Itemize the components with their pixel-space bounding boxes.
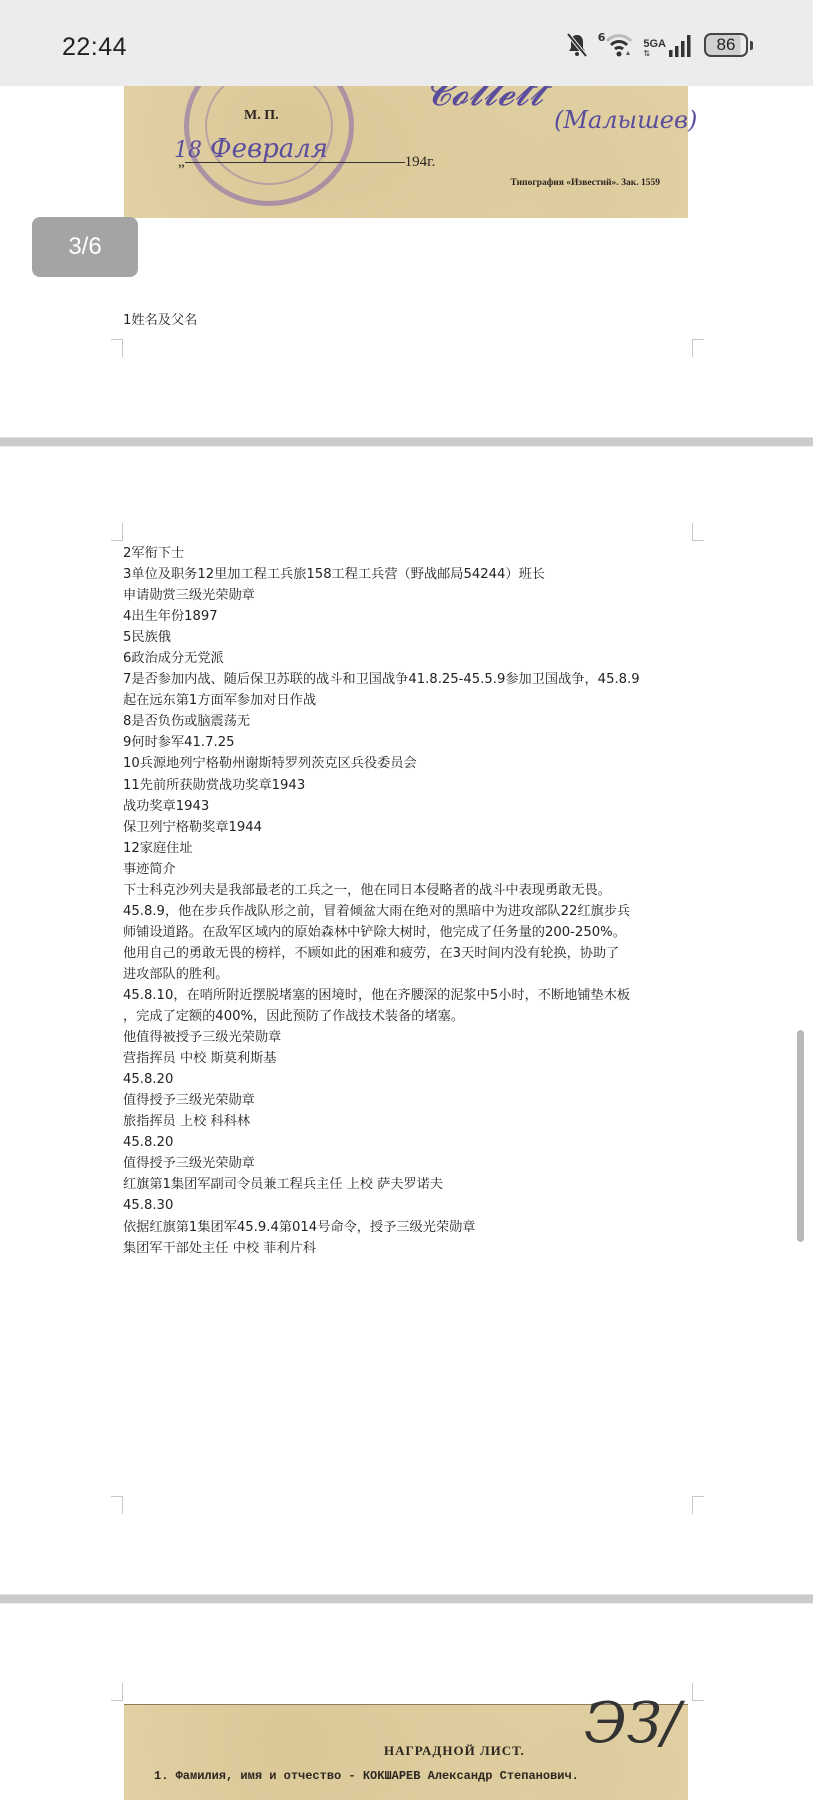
clock: 22:44 <box>62 33 127 62</box>
scan-line: 1. Фамилия, имя и отчество - КОКШАРЕВ Ал… <box>154 1769 579 1783</box>
handwritten-mark: ЭЗ/ <box>584 1691 681 1756</box>
doc-line: 7是否参加内战、随后保卫苏联的战斗和卫国战争41.8.25-45.5.9参加卫国… <box>123 669 703 690</box>
doc-line: 11先前所获勋赏战功奖章1943 <box>123 775 703 796</box>
doc-line: 值得授予三级光荣勋章 <box>123 1153 703 1174</box>
status-bar: 22:44 6 5GA ⇅ <box>0 0 813 86</box>
doc-line: 进攻部队的胜利。 <box>123 964 703 985</box>
wifi-generation-label: 6 <box>598 31 606 44</box>
page-corner-mark <box>692 339 704 357</box>
document-page-text: 2军衔下士 3单位及职务12里加工程工兵旅158工程工兵营（野战邮局54244）… <box>123 543 703 1259</box>
page-break <box>0 437 813 447</box>
doc-line: 红旗第1集团军副司令员兼工程兵主任 上校 萨夫罗诺夫 <box>123 1174 703 1195</box>
doc-line: 旅指挥员 上校 科科林 <box>123 1111 703 1132</box>
battery-level: 86 <box>717 35 736 55</box>
doc-line: 45.8.9，他在步兵作战队形之前，冒着倾盆大雨在绝对的黑暗中为进攻部队22红旗… <box>123 901 703 922</box>
doc-line: 45.8.10，在哨所附近摆脱堵塞的困境时，他在齐腰深的泥浆中5小时，不断地铺垫… <box>123 985 703 1006</box>
doc-line: 营指挥员 中校 斯莫利斯基 <box>123 1048 703 1069</box>
page-corner-mark <box>111 1496 123 1514</box>
page-corner-mark <box>111 1683 123 1701</box>
page-indicator: 3/6 <box>32 217 138 277</box>
doc-line: 2军衔下士 <box>123 543 703 564</box>
doc-line: 8是否负伤或脑震荡无 <box>123 711 703 732</box>
page-corner-mark <box>692 1496 704 1514</box>
battery-icon: 86 <box>704 33 753 57</box>
doc-line: 45.8.20 <box>123 1132 703 1153</box>
scan-heading: НАГРАДНОЙ ЛИСТ. <box>384 1743 525 1759</box>
status-icons: 6 5GA ⇅ 86 <box>566 32 753 58</box>
doc-line: 依据红旗第1集团军45.9.4第014号命令，授予三级光荣勋章 <box>123 1217 703 1238</box>
doc-line: 45.8.30 <box>123 1195 703 1216</box>
scanned-document-image-top: М. П. „194г. 18 Февраля 𝓒𝓸𝓵𝓵𝓮𝓽𝓽 (Малышев… <box>124 86 688 218</box>
doc-line: 45.8.20 <box>123 1069 703 1090</box>
doc-line: 师铺设道路。在敌军区域内的原始森林中铲除大树时，他完成了任务量的200-250%… <box>123 922 703 943</box>
handwritten-day: 18 <box>174 138 202 163</box>
doc-line: 5民族俄 <box>123 627 703 648</box>
page-corner-mark <box>111 339 123 357</box>
doc-line: 他用自己的勇敢无畏的榜样，不顾如此的困难和疲劳，在3天时间内没有轮换，协助了 <box>123 943 703 964</box>
doc-line: 他值得被授予三级光荣勋章 <box>123 1027 703 1048</box>
handwritten-month: Февраля <box>210 134 328 164</box>
scanned-document-image-bottom: НАГРАДНОЙ ЛИСТ. 1. Фамилия, имя и отчест… <box>124 1704 688 1800</box>
doc-line: 9何时参军41.7.25 <box>123 732 703 753</box>
doc-line: 12家庭住址 <box>123 838 703 859</box>
doc-line: 10兵源地列宁格勒州谢斯特罗列茨克区兵役委员会 <box>123 753 703 774</box>
doc-line: 事迹简介 <box>123 859 703 880</box>
bell-muted-icon <box>566 32 588 58</box>
stamp-label: М. П. <box>244 108 279 124</box>
doc-line: 下士科克沙列夫是我部最老的工兵之一，他在同日本侵略者的战斗中表现勇敢无畏。 <box>123 880 703 901</box>
doc-line-name: 1姓名及父名 <box>123 310 197 331</box>
doc-line: 6政治成分无党派 <box>123 648 703 669</box>
doc-line: 申请勋赏三级光荣勋章 <box>123 585 703 606</box>
doc-line: 起在远东第1方面军参加对日作战 <box>123 690 703 711</box>
scrollbar-thumb[interactable] <box>797 1030 804 1242</box>
printer-note: Типография «Известий». Зак. 1559 <box>511 178 660 188</box>
page-corner-mark <box>692 523 704 541</box>
doc-line: 4出生年份1897 <box>123 606 703 627</box>
signature-name: (Малышев) <box>554 106 697 134</box>
page-break <box>0 1594 813 1604</box>
page-corner-mark <box>111 523 123 541</box>
cellular-signal-icon: 5GA ⇅ <box>643 32 694 58</box>
page-corner-mark <box>692 1683 704 1701</box>
doc-line: 集团军干部处主任 中校 菲利片科 <box>123 1238 703 1259</box>
wifi-icon: 6 <box>598 33 634 57</box>
doc-line: 值得授予三级光荣勋章 <box>123 1090 703 1111</box>
doc-line: 保卫列宁格勒奖章1944 <box>123 817 703 838</box>
doc-line: ，完成了定额的400%，因此预防了作战技术装备的堵塞。 <box>123 1006 703 1027</box>
doc-line: 战功奖章1943 <box>123 796 703 817</box>
doc-line: 3单位及职务12里加工程工兵旅158工程工兵营（野战邮局54244）班长 <box>123 564 703 585</box>
